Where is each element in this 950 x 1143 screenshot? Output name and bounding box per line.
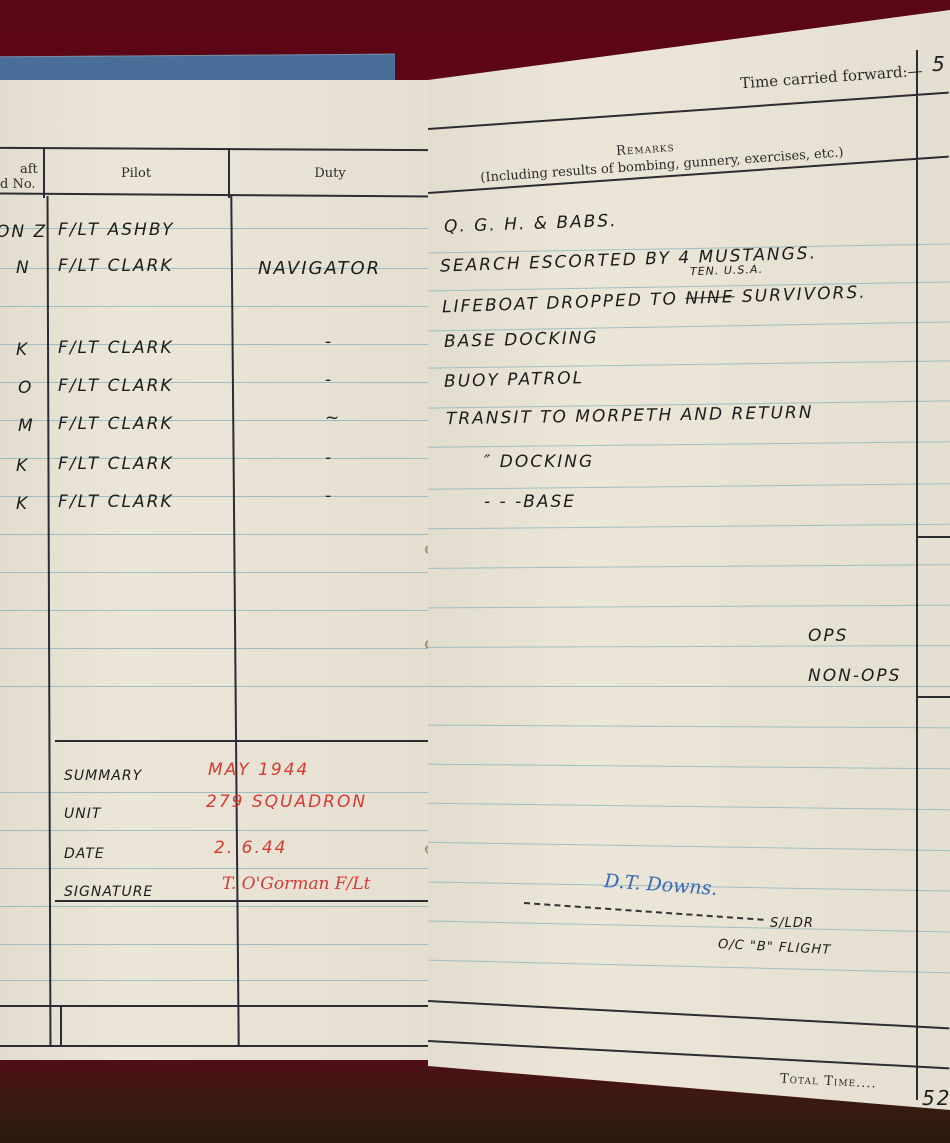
ruled-line	[0, 868, 432, 869]
ruled-line	[428, 960, 950, 974]
lifeboat-text: Lifeboat Dropped To	[442, 289, 679, 317]
aircraft-cell: K	[16, 340, 29, 360]
footer-bottom-border	[0, 1045, 432, 1047]
duty-cell: -	[325, 448, 333, 468]
certifying-rank: S/Ldr	[770, 916, 814, 931]
column-divider	[230, 196, 239, 1046]
ruled-line	[428, 803, 950, 810]
remark-line: Base Docking	[444, 328, 599, 352]
logbook-right-page: Time carried forward:— 5 Remarks (Includ…	[428, 10, 950, 1110]
ruled-line	[0, 980, 432, 981]
ruled-line	[428, 605, 950, 609]
ruled-line	[428, 360, 950, 368]
pilot-cell: F/Lt Ashby	[58, 220, 175, 240]
pilot-column-header: Pilot	[44, 166, 228, 181]
aircraft-cell: K	[16, 494, 29, 514]
logbook-left-page: aft d No. Pilot Duty ON Z F/Lt Ashby N F…	[0, 80, 432, 1060]
unit-value: 279 Squadron	[206, 792, 367, 812]
duty-cell: ~	[325, 408, 341, 428]
ruled-line	[0, 830, 432, 831]
remark-line: Buoy Patrol	[444, 368, 585, 392]
survivors-text: Survivors.	[742, 283, 867, 307]
header-top-border	[0, 147, 432, 151]
non-ops-label: Non-Ops	[808, 666, 901, 686]
ruled-line	[428, 725, 950, 729]
aircraft-column-header: aft d No.	[0, 162, 42, 192]
certifying-role: O/C "B" Flight	[718, 937, 832, 958]
ruled-line	[0, 906, 432, 907]
aircraft-cell: K	[16, 456, 29, 476]
ruled-line	[428, 921, 950, 933]
remarks-header: Remarks	[616, 140, 676, 159]
cell-border	[916, 536, 950, 538]
ruled-line	[428, 524, 950, 530]
cell-border	[916, 696, 950, 698]
column-divider	[60, 1005, 62, 1045]
aircraft-cell: ON Z	[0, 222, 47, 242]
aircraft-cell: N	[16, 258, 31, 278]
header-top-border	[428, 92, 949, 130]
ruled-line	[0, 648, 432, 649]
remark-line: - - -Base	[484, 492, 576, 512]
ruled-line	[428, 483, 950, 489]
date-label: Date	[64, 846, 105, 862]
date-value: 2. 6.44	[214, 838, 287, 858]
header-bottom-border	[0, 192, 432, 197]
aircraft-cell: M	[18, 416, 35, 436]
summary-top-border	[55, 740, 432, 742]
unit-label: Unit	[64, 806, 101, 822]
duty-column-header: Duty	[230, 166, 430, 181]
aircraft-header-line1: aft	[0, 162, 42, 177]
inserted-annotation: Ten. U.S.A.	[690, 263, 764, 279]
summary-value: May 1944	[208, 760, 309, 780]
signature-value: T. O'Gorman F/Lt	[222, 874, 370, 894]
ops-label: Ops	[808, 626, 848, 646]
total-time-value: 52	[922, 1086, 950, 1110]
time-carried-forward-value: 5	[932, 52, 947, 76]
signature-label: Signature	[64, 884, 153, 900]
struck-word: Nine	[685, 287, 735, 309]
pilot-cell: F/Lt Clark	[58, 454, 174, 474]
total-time-label: Total Time....	[780, 1071, 877, 1091]
pilot-cell: F/Lt Clark	[58, 492, 174, 512]
ruled-line	[0, 572, 432, 573]
column-divider	[47, 196, 52, 1046]
aircraft-cell: O	[18, 378, 33, 398]
summary-bottom-border	[55, 900, 432, 902]
column-divider	[916, 50, 918, 1100]
ruled-line	[428, 842, 950, 851]
footer-border	[0, 1005, 432, 1007]
ruled-line	[0, 944, 432, 945]
ruled-line	[0, 306, 432, 307]
ruled-line	[0, 686, 432, 687]
footer-bottom-border	[428, 1040, 949, 1069]
ruled-line	[428, 686, 950, 687]
footer-top-border	[428, 1000, 949, 1029]
duty-cell: -	[325, 370, 333, 390]
remark-line: ″ Docking	[484, 452, 594, 472]
duty-cell: -	[325, 332, 333, 352]
aircraft-header-line2: d No.	[0, 177, 42, 192]
certifying-signature: D.T. Downs.	[603, 870, 718, 900]
pilot-cell: F/Lt Clark	[58, 376, 174, 396]
ruled-line	[0, 534, 432, 535]
signature-dashed-line	[524, 902, 764, 921]
remark-line-lifeboat: Lifeboat Dropped To Nine Survivors.	[442, 283, 867, 318]
pilot-cell: F/Lt Clark	[58, 414, 174, 434]
ruled-line	[0, 610, 432, 611]
ruled-line	[428, 441, 950, 447]
duty-cell: Navigator	[258, 258, 381, 279]
time-carried-forward-label: Time carried forward:—	[740, 62, 924, 93]
ruled-line	[428, 564, 950, 569]
pilot-cell: F/Lt Clark	[58, 338, 174, 358]
ruled-line	[428, 764, 950, 770]
duty-cell: -	[325, 486, 333, 506]
remark-line: Q. G. H. & Babs.	[444, 211, 618, 237]
ruled-line	[428, 645, 950, 648]
pilot-cell: F/Lt Clark	[58, 256, 174, 276]
summary-label: Summary	[64, 768, 142, 784]
